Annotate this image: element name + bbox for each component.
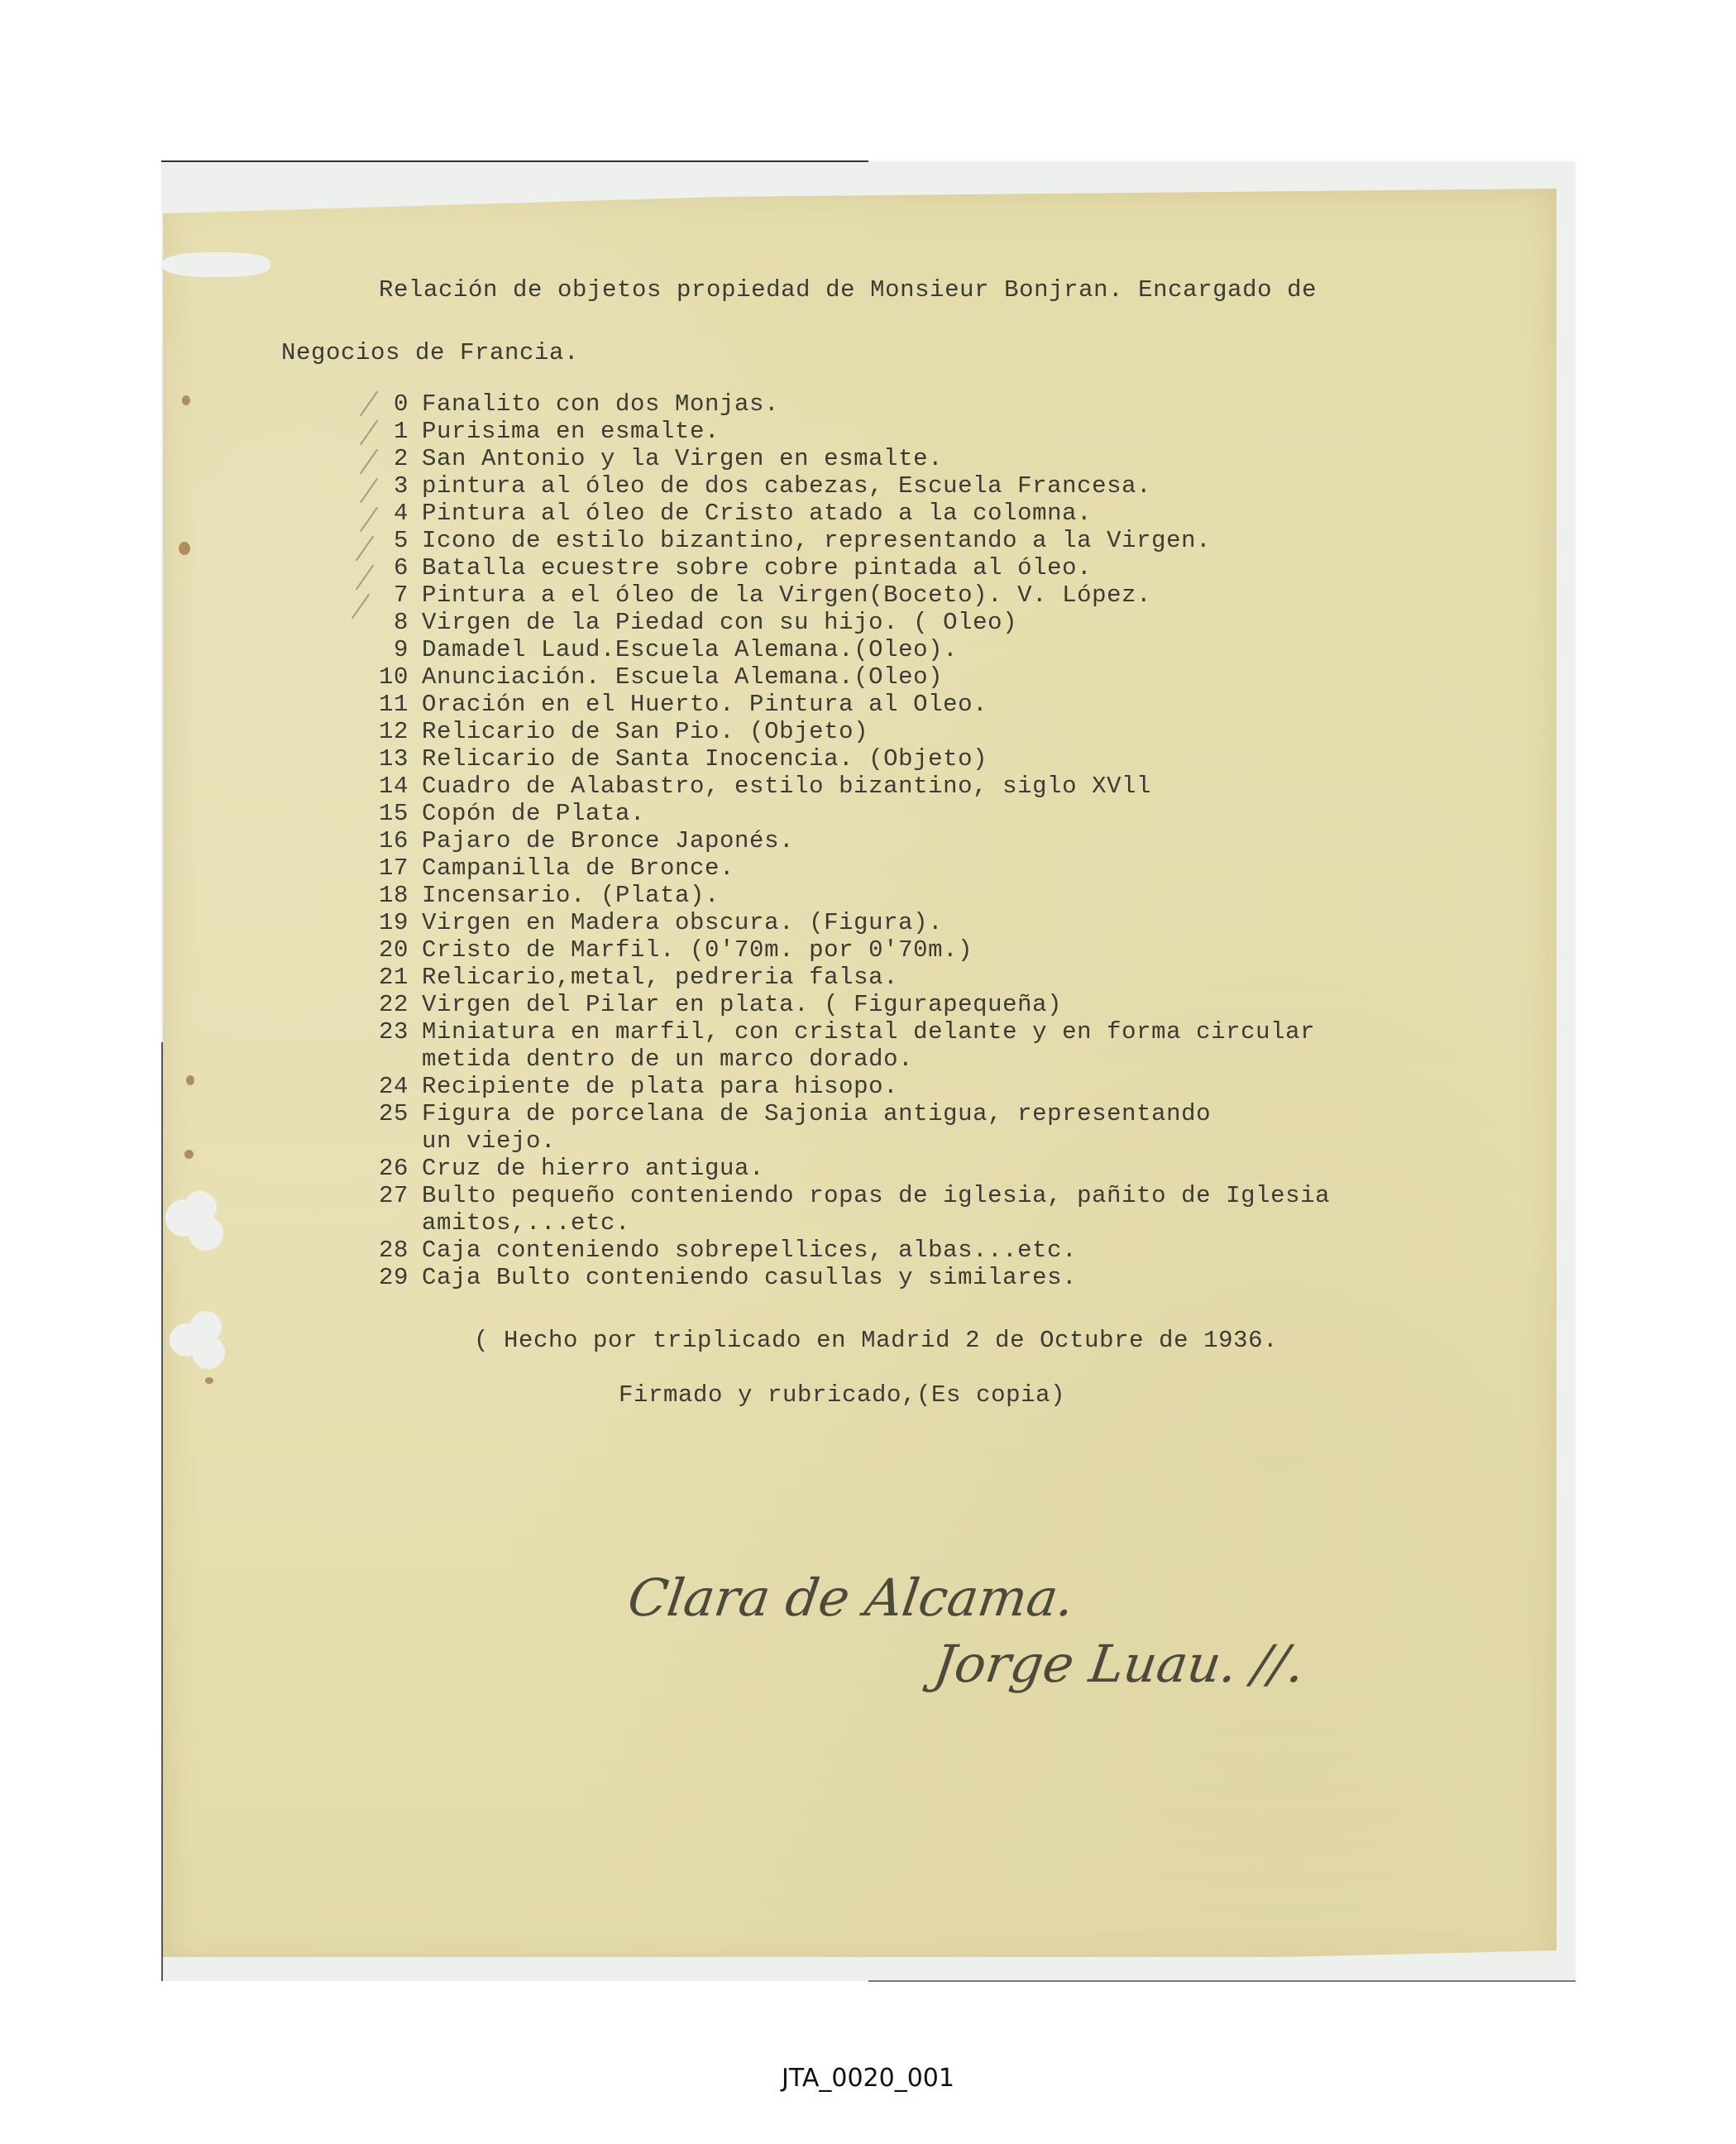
list-item: 0Fanalito con dos Monjas. bbox=[362, 390, 1330, 418]
item-description: Fanalito con dos Monjas. bbox=[422, 390, 779, 418]
list-item: 17Campanilla de Bronce. bbox=[362, 854, 1330, 882]
item-description: Relicario de San Pio. (Objeto) bbox=[422, 718, 868, 745]
item-number: 20 bbox=[362, 936, 409, 964]
closing-statement: ( Hecho por triplicado en Madrid 2 de Oc… bbox=[474, 1327, 1278, 1354]
scan-border-top bbox=[161, 160, 868, 162]
item-description: Pajaro de Bronce Japonés. bbox=[422, 827, 794, 854]
list-item: 18Incensario. (Plata). bbox=[362, 882, 1330, 909]
item-number: 14 bbox=[362, 773, 409, 800]
rust-stain bbox=[179, 542, 190, 555]
item-description: Recipiente de plata para hisopo. bbox=[422, 1073, 898, 1100]
list-item: 21Relicario,metal, pedreria falsa. bbox=[362, 964, 1330, 991]
item-number: 6 bbox=[362, 554, 409, 581]
object-list: 0Fanalito con dos Monjas. 1Purisima en e… bbox=[362, 390, 1330, 1291]
item-number: 7 bbox=[362, 581, 409, 609]
item-description: Relicario,metal, pedreria falsa. bbox=[422, 964, 898, 991]
list-item: 24Recipiente de plata para hisopo. bbox=[362, 1073, 1330, 1100]
list-item: 13Relicario de Santa Inocencia. (Objeto) bbox=[362, 745, 1330, 773]
item-number: 18 bbox=[362, 882, 409, 909]
list-item: 15Copón de Plata. bbox=[362, 800, 1330, 827]
item-description-continued: un viejo. bbox=[362, 1127, 1330, 1155]
item-description: pintura al óleo de dos cabezas, Escuela … bbox=[422, 472, 1151, 500]
item-description: Caja conteniendo sobrepellices, albas...… bbox=[422, 1237, 1077, 1264]
list-item: 1Purisima en esmalte. bbox=[362, 418, 1330, 445]
item-description-continued: metida dentro de un marco dorado. bbox=[362, 1046, 1330, 1073]
item-number: 17 bbox=[362, 854, 409, 882]
item-description: Cuadro de Alabastro, estilo bizantino, s… bbox=[422, 773, 1151, 800]
file-label: JTA_0020_001 bbox=[0, 2064, 1736, 2093]
item-description: Bulto pequeño conteniendo ropas de igles… bbox=[422, 1182, 1330, 1209]
item-number: 22 bbox=[362, 991, 409, 1018]
item-number: 5 bbox=[362, 527, 409, 554]
item-number: 0 bbox=[362, 390, 409, 418]
list-item: 16Pajaro de Bronce Japonés. bbox=[362, 827, 1330, 854]
item-number: 13 bbox=[362, 745, 409, 773]
item-number: 1 bbox=[362, 418, 409, 445]
rust-stain bbox=[205, 1377, 213, 1384]
item-description: Campanilla de Bronce. bbox=[422, 854, 734, 882]
item-number: 29 bbox=[362, 1264, 409, 1291]
list-item: 20Cristo de Marfil. (0'70m. por 0'70m.) bbox=[362, 936, 1330, 964]
list-item: 7Pintura a el óleo de la Virgen(Boceto).… bbox=[362, 581, 1330, 609]
item-number: 21 bbox=[362, 964, 409, 991]
document-title-line-1: Relación de objetos propiedad de Monsieu… bbox=[379, 276, 1317, 304]
item-number: 11 bbox=[362, 691, 409, 718]
item-description: Damadel Laud.Escuela Alemana.(Oleo). bbox=[422, 636, 958, 663]
list-item: 25Figura de porcelana de Sajonia antigua… bbox=[362, 1100, 1330, 1155]
item-description: Figura de porcelana de Sajonia antigua, … bbox=[422, 1100, 1211, 1127]
item-number: 27 bbox=[362, 1182, 409, 1209]
item-description: Icono de estilo bizantino, representando… bbox=[422, 527, 1211, 554]
item-number: 16 bbox=[362, 827, 409, 854]
item-description: Virgen del Pilar en plata. ( Figurapeque… bbox=[422, 991, 1062, 1018]
item-description: Cristo de Marfil. (0'70m. por 0'70m.) bbox=[422, 936, 973, 964]
list-item: 2San Antonio y la Virgen en esmalte. bbox=[362, 445, 1330, 472]
item-description-continued: amitos,...etc. bbox=[362, 1209, 1330, 1237]
item-number: 19 bbox=[362, 909, 409, 936]
list-item: 5Icono de estilo bizantino, representand… bbox=[362, 527, 1330, 554]
item-number: 4 bbox=[362, 500, 409, 527]
rust-stain bbox=[186, 1075, 194, 1085]
item-description: Virgen de la Piedad con su hijo. ( Oleo) bbox=[422, 609, 1017, 636]
item-number: 9 bbox=[362, 636, 409, 663]
item-description: Miniatura en marfil, con cristal delante… bbox=[422, 1018, 1315, 1046]
list-item: 28Caja conteniendo sobrepellices, albas.… bbox=[362, 1237, 1330, 1264]
item-description: Anunciación. Escuela Alemana.(Oleo) bbox=[422, 663, 943, 691]
list-item: 8Virgen de la Piedad con su hijo. ( Oleo… bbox=[362, 609, 1330, 636]
item-description: Pintura al óleo de Cristo atado a la col… bbox=[422, 500, 1092, 527]
list-item: 26Cruz de hierro antigua. bbox=[362, 1155, 1330, 1182]
list-item: 29Caja Bulto conteniendo casullas y simi… bbox=[362, 1264, 1330, 1291]
item-description: Oración en el Huerto. Pintura al Oleo. bbox=[422, 691, 988, 718]
list-item: 23Miniatura en marfil, con cristal delan… bbox=[362, 1018, 1330, 1073]
list-item: 3pintura al óleo de dos cabezas, Escuela… bbox=[362, 472, 1330, 500]
item-number: 25 bbox=[362, 1100, 409, 1127]
item-description: Relicario de Santa Inocencia. (Objeto) bbox=[422, 745, 988, 773]
list-item: 12Relicario de San Pio. (Objeto) bbox=[362, 718, 1330, 745]
document-title-line-2: Negocios de Francia. bbox=[281, 339, 579, 366]
list-item: 14Cuadro de Alabastro, estilo bizantino,… bbox=[362, 773, 1330, 800]
item-description: Pintura a el óleo de la Virgen(Boceto). … bbox=[422, 581, 1151, 609]
punch-hole-middle bbox=[189, 1216, 223, 1251]
handwritten-signature-2: Jorge Luau. //. bbox=[930, 1634, 1308, 1694]
item-number: 3 bbox=[362, 472, 409, 500]
rust-stain bbox=[182, 395, 190, 405]
item-description: Cruz de hierro antigua. bbox=[422, 1155, 764, 1182]
item-number: 24 bbox=[362, 1073, 409, 1100]
item-number: 15 bbox=[362, 800, 409, 827]
list-item: 9Damadel Laud.Escuela Alemana.(Oleo). bbox=[362, 636, 1330, 663]
punch-hole-lower bbox=[192, 1336, 225, 1369]
item-description: Virgen en Madera obscura. (Figura). bbox=[422, 909, 943, 936]
list-item: 11Oración en el Huerto. Pintura al Oleo. bbox=[362, 691, 1330, 718]
signed-note: Firmado y rubricado,(Es copia) bbox=[619, 1381, 1065, 1409]
list-item: 27Bulto pequeño conteniendo ropas de igl… bbox=[362, 1182, 1330, 1237]
item-number: 10 bbox=[362, 663, 409, 691]
item-number: 23 bbox=[362, 1018, 409, 1046]
scan-border-bottom bbox=[868, 1980, 1576, 1982]
item-description: Purisima en esmalte. bbox=[422, 418, 720, 445]
list-item: 6Batalla ecuestre sobre cobre pintada al… bbox=[362, 554, 1330, 581]
item-number: 8 bbox=[362, 609, 409, 636]
item-number: 26 bbox=[362, 1155, 409, 1182]
item-description: Incensario. (Plata). bbox=[422, 882, 720, 909]
list-item: 19Virgen en Madera obscura. (Figura). bbox=[362, 909, 1330, 936]
item-description: San Antonio y la Virgen en esmalte. bbox=[422, 445, 943, 472]
list-item: 4Pintura al óleo de Cristo atado a la co… bbox=[362, 500, 1330, 527]
punch-hole-top bbox=[163, 252, 270, 277]
handwritten-signature-1: Clara de Alcama. bbox=[624, 1567, 1078, 1628]
item-description: Caja Bulto conteniendo casullas y simila… bbox=[422, 1264, 1077, 1291]
list-item: 10Anunciación. Escuela Alemana.(Oleo) bbox=[362, 663, 1330, 691]
item-number: 28 bbox=[362, 1237, 409, 1264]
item-description: Batalla ecuestre sobre cobre pintada al … bbox=[422, 554, 1092, 581]
list-item: 22Virgen del Pilar en plata. ( Figurapeq… bbox=[362, 991, 1330, 1018]
rust-stain bbox=[184, 1150, 194, 1159]
item-description: Copón de Plata. bbox=[422, 800, 645, 827]
item-number: 2 bbox=[362, 445, 409, 472]
scan-border-left bbox=[161, 1042, 163, 1981]
item-number: 12 bbox=[362, 718, 409, 745]
